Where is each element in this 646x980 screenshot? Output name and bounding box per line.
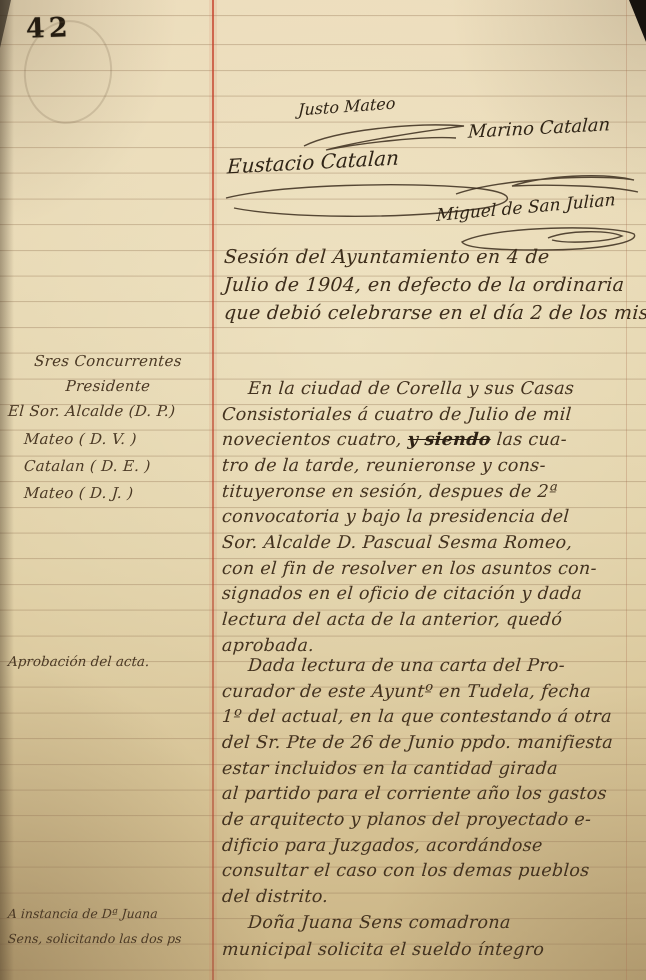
body-line: del distrito. xyxy=(221,887,329,907)
body-line: de arquitecto y planos del proyectado e- xyxy=(221,810,592,830)
heading-line: Sesión del Ayuntamiento en 4 de xyxy=(223,246,550,268)
body-line: con el fin de resolver en los asuntos co… xyxy=(221,559,597,579)
margin-attendee: El Sor. Alcalde (D. P.) xyxy=(7,402,208,420)
margin-attendees-header: Sres Concurrentes xyxy=(7,352,208,370)
body-line: convocatoria y bajo la presidencia del xyxy=(221,507,570,527)
body-line: lectura del acta de la anterior, quedó xyxy=(221,610,563,630)
body-text: novecientos cuatro, xyxy=(221,430,408,450)
body-line: Sor. Alcalde D. Pascual Sesma Romeo, xyxy=(221,533,573,553)
margin-note-juana: A instancia de Dª Juana xyxy=(7,906,208,921)
margin-attendee: Catalan ( D. E. ) xyxy=(7,457,224,475)
signature-marino-catalan: Marino Catalan xyxy=(468,114,611,143)
body-line: Dada lectura de una carta del Pro- xyxy=(221,656,565,676)
body-line: tro de la tarde, reunieronse y cons- xyxy=(221,456,546,476)
struck-out-text: y siendo xyxy=(407,430,491,450)
margin-note-aprobacion: Aprobación del acta. xyxy=(7,654,208,670)
margin-attendee: Mateo ( D. J. ) xyxy=(7,484,224,502)
heading-line: Julio de 1904, en defecto de la ordinari… xyxy=(223,274,625,296)
body-line: dificio para Juzgados, acordándose xyxy=(221,836,543,856)
body-line: al partido para el corriente año los gas… xyxy=(221,784,607,804)
margin-president-label: Presidente xyxy=(7,377,208,395)
body-line: municipal solicita el sueldo íntegro xyxy=(221,940,545,960)
top-right-corner-shadow xyxy=(629,0,646,42)
right-ruled-line xyxy=(626,0,627,980)
heading-line: que debió celebrarse en el día 2 de los … xyxy=(223,302,646,324)
body-line: del Sr. Pte de 26 de Junio ppdo. manifie… xyxy=(221,733,613,753)
body-line: curador de este Ayuntº en Tudela, fecha xyxy=(221,682,591,702)
body-line: estar incluidos en la cantidad girada xyxy=(221,759,558,779)
body-line: 1º del actual, en la que contestando á o… xyxy=(221,707,612,727)
margin-attendee: Mateo ( D. V. ) xyxy=(7,430,224,448)
body-line: tituyeronse en sesión, despues de 2ª xyxy=(221,482,558,502)
signature-eustacio-catalan: Eustacio Catalan xyxy=(226,145,399,178)
margin-note-juana: Sens, solicitando las dos ps xyxy=(7,931,208,946)
body-line: novecientos cuatro, y siendo las cua- xyxy=(221,430,567,450)
body-line: signados en el oficio de citación y dada xyxy=(221,584,582,604)
body-line: En la ciudad de Corella y sus Casas xyxy=(221,379,575,399)
manuscript-page: 42 Justo Mateo Marino Catalan Eustacio C… xyxy=(0,0,646,980)
body-line: Consistoriales á cuatro de Julio de mil xyxy=(221,405,572,425)
body-line: aprobada. xyxy=(221,636,314,656)
body-line: consultar el caso con los demas pueblos xyxy=(221,861,590,881)
body-line: Doña Juana Sens comadrona xyxy=(221,913,511,933)
body-text: las cua- xyxy=(490,430,568,450)
